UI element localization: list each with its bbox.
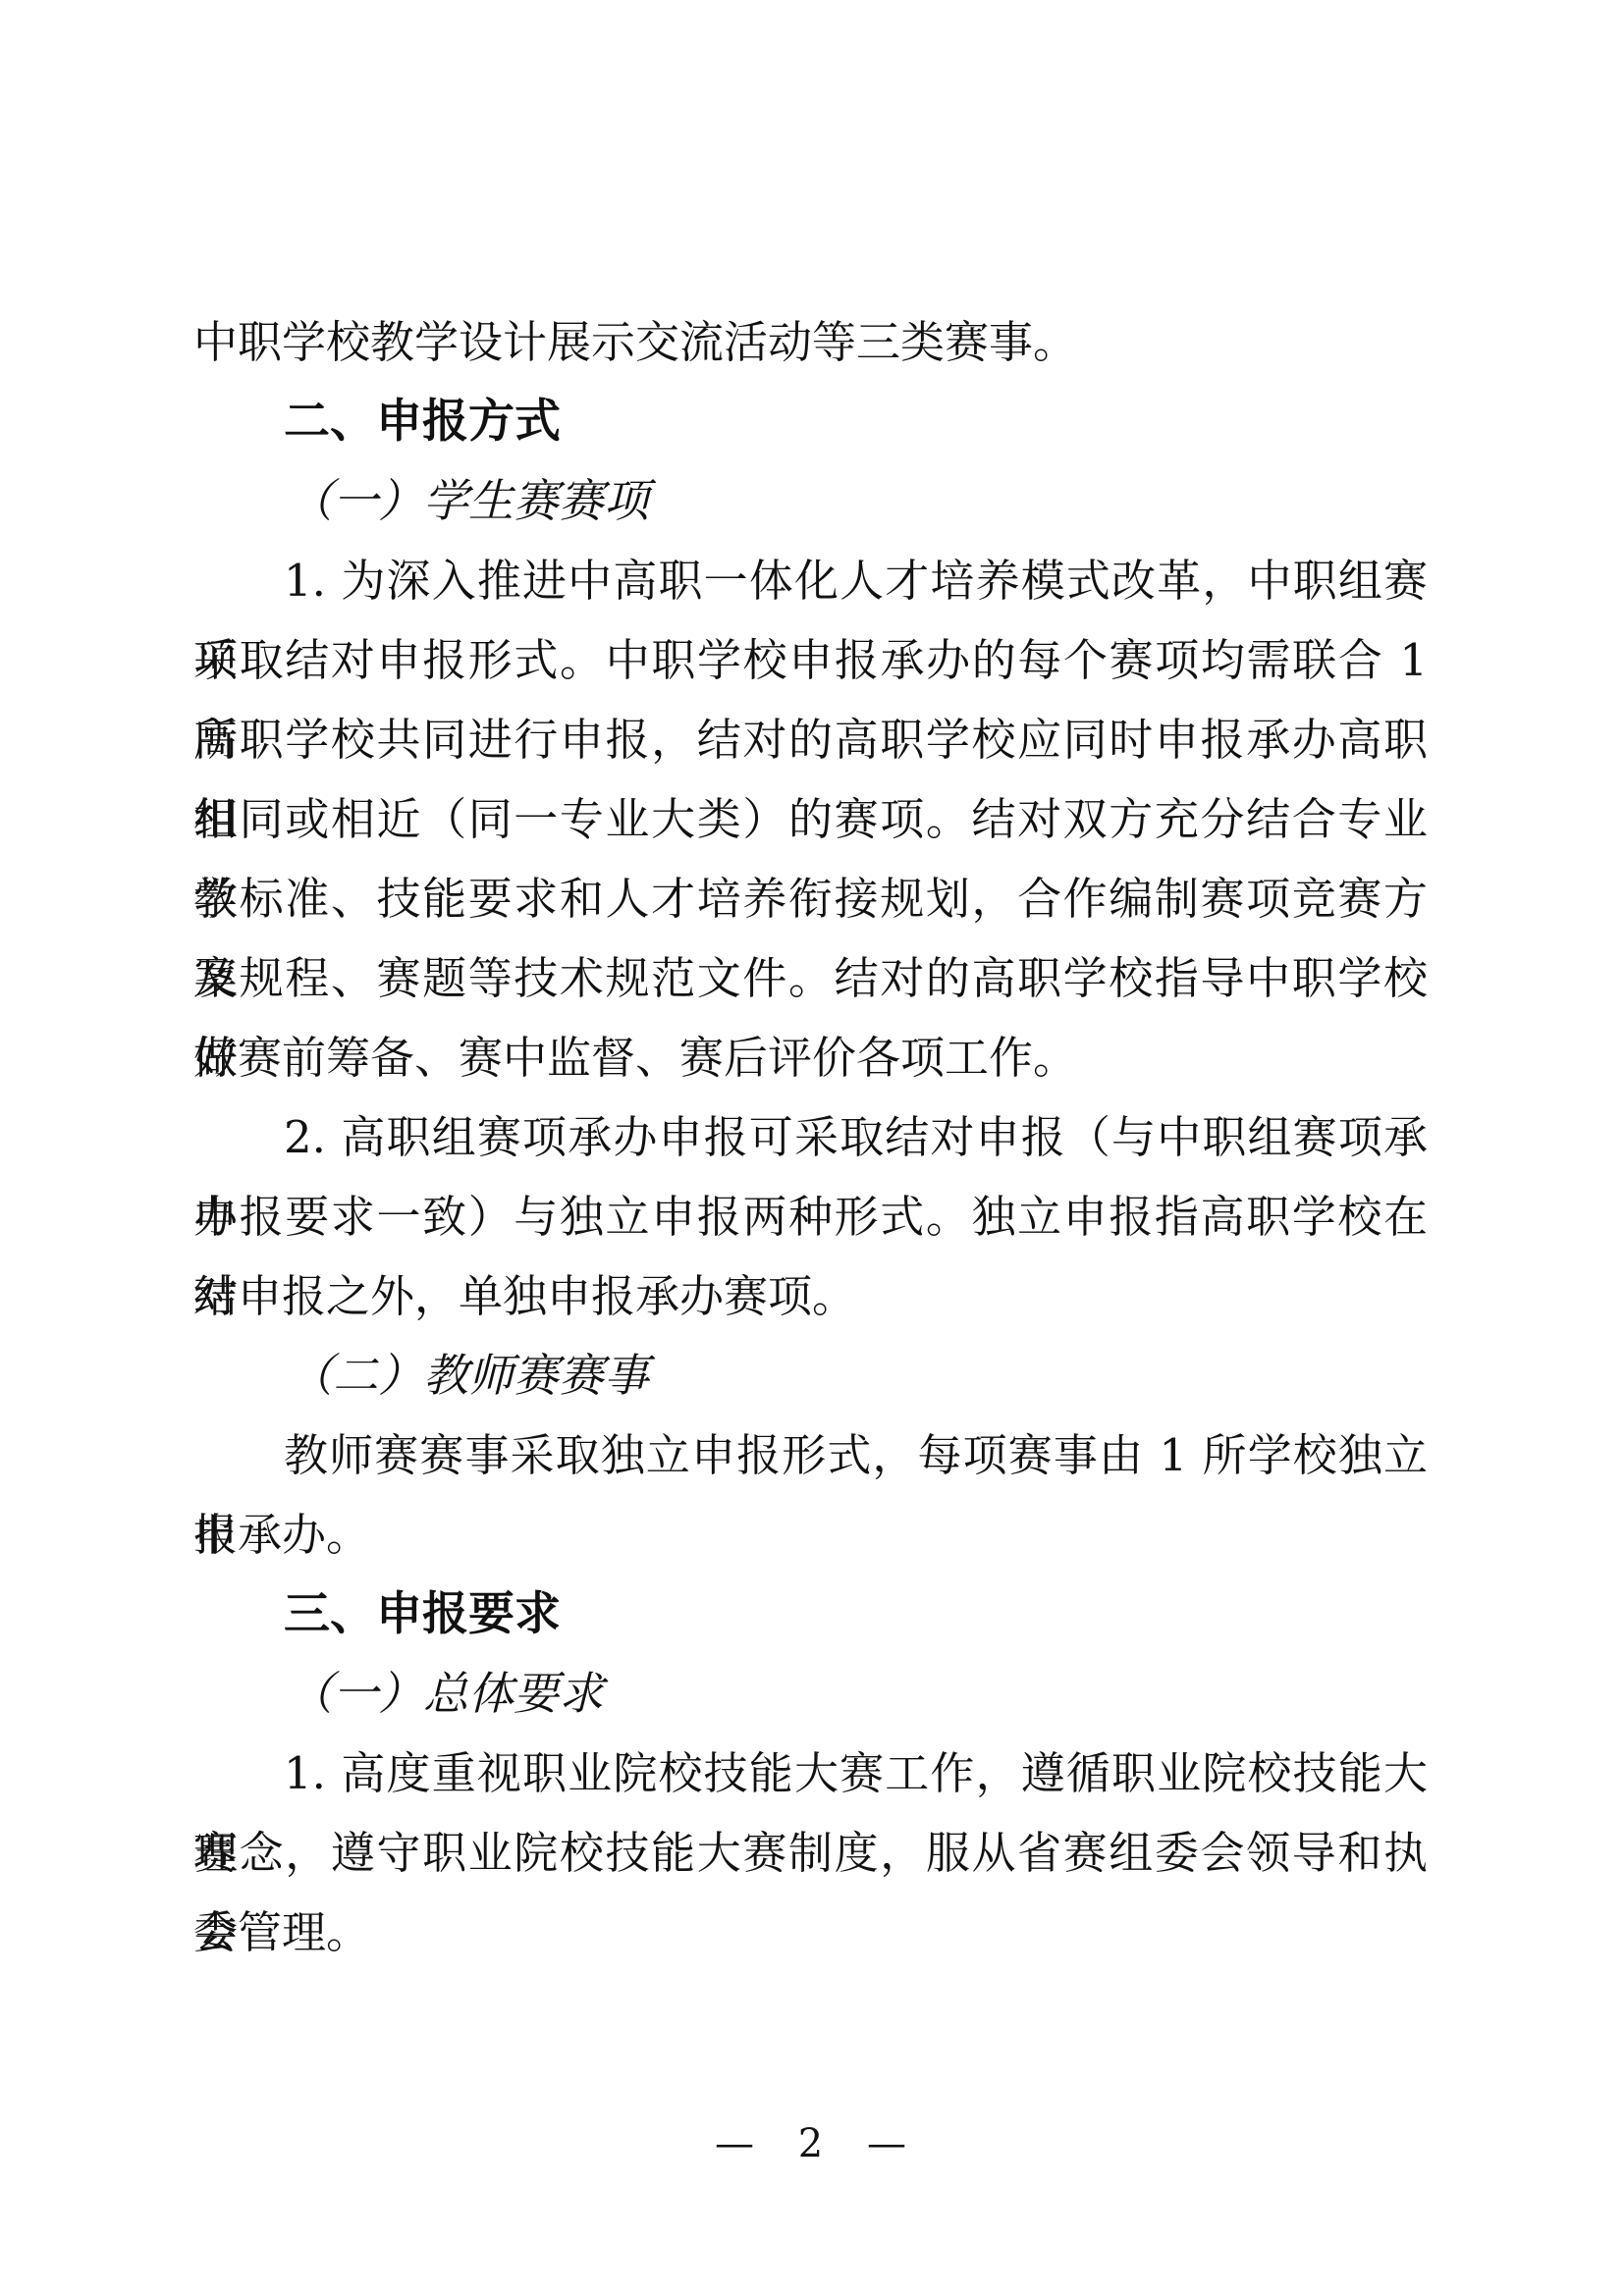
body-text-line: 相同或相近（同一专业大类）的赛项。结对双方充分结合专业教 xyxy=(193,779,1428,859)
body-text-line: 2. 高职组赛项承办申报可采取结对申报（与中职组赛项承办 xyxy=(193,1097,1428,1177)
subsection-heading: （一）学生赛赛项 xyxy=(193,461,1428,541)
body-text-line: 学标准、技能要求和人才培养衔接规划，合作编制赛项竞赛方案 xyxy=(193,859,1428,938)
body-text-line: 采取结对申报形式。中职学校申报承办的每个赛项均需联合 1 所 xyxy=(193,620,1428,700)
document-body: 中职学校教学设计展示交流活动等三类赛事。 二、申报方式 （一）学生赛赛项 1. … xyxy=(193,302,1428,1972)
body-text-line: 中职学校教学设计展示交流活动等三类赛事。 xyxy=(193,302,1428,382)
subsection-heading: （二）教师赛赛事 xyxy=(193,1336,1428,1415)
page-footer: — 2 — xyxy=(193,2105,1428,2184)
page-number: 2 xyxy=(798,2121,823,2166)
body-text-line: 对申报之外，单独申报承办赛项。 xyxy=(193,1256,1428,1336)
footer-dash-left: — xyxy=(715,2121,754,2166)
body-text-line: 会管理。 xyxy=(193,1893,1428,1972)
footer-dash-right: — xyxy=(867,2121,906,2166)
subsection-heading: （一）总体要求 xyxy=(193,1654,1428,1734)
body-text-line: 教师赛赛事采取独立申报形式，每项赛事由 1 所学校独立申 xyxy=(193,1415,1428,1495)
body-text-line: 高职学校共同进行申报，结对的高职学校应同时申报承办高职组 xyxy=(193,700,1428,779)
body-text-line: 报承办。 xyxy=(193,1495,1428,1575)
body-text-line: 及规程、赛题等技术规范文件。结对的高职学校指导中职学校做 xyxy=(193,938,1428,1018)
section-heading: 三、申报要求 xyxy=(193,1575,1428,1654)
body-text-line: 理念，遵守职业院校技能大赛制度，服从省赛组委会领导和执委 xyxy=(193,1813,1428,1893)
document-page: 中职学校教学设计展示交流活动等三类赛事。 二、申报方式 （一）学生赛赛项 1. … xyxy=(0,0,1624,2296)
section-heading: 二、申报方式 xyxy=(193,382,1428,461)
body-text-line: 1. 为深入推进中高职一体化人才培养模式改革，中职组赛项 xyxy=(193,541,1428,620)
body-text-line: 好赛前筹备、赛中监督、赛后评价各项工作。 xyxy=(193,1018,1428,1097)
body-text-line: 申报要求一致）与独立申报两种形式。独立申报指高职学校在结 xyxy=(193,1177,1428,1256)
body-text-line: 1. 高度重视职业院校技能大赛工作，遵循职业院校技能大赛 xyxy=(193,1734,1428,1813)
